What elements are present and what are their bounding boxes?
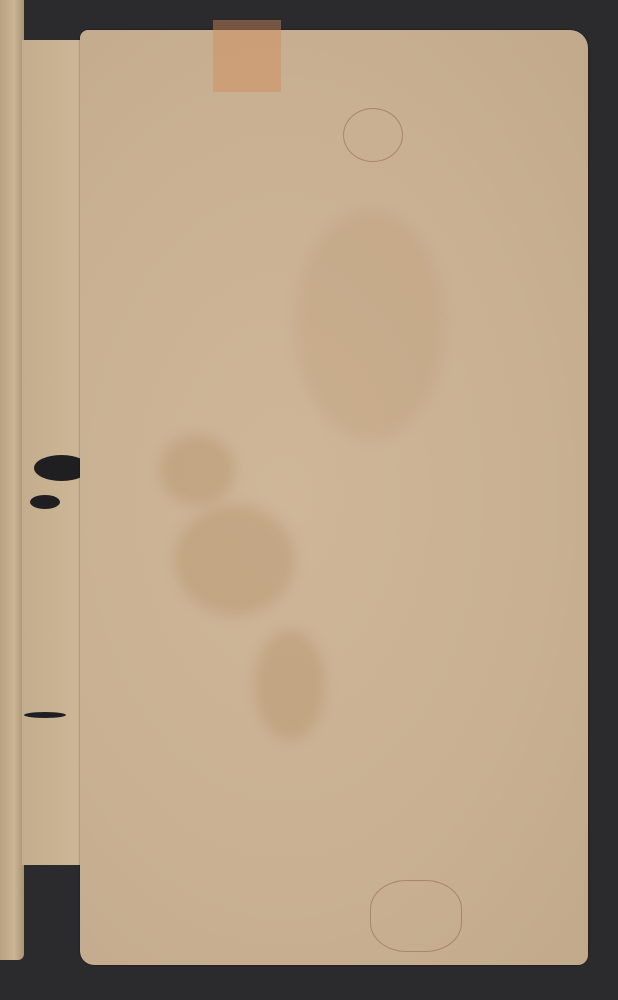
water-stain (295, 210, 445, 440)
binding-edge (0, 0, 24, 960)
water-stain (175, 505, 295, 615)
previous-leaf-edge (22, 40, 85, 865)
paper-leaf (80, 30, 588, 965)
water-stain (160, 435, 235, 505)
stain-ring (370, 880, 462, 952)
torn-hole (24, 712, 66, 718)
torn-hole (30, 495, 60, 509)
stain-ring (343, 108, 403, 162)
library-tab (213, 20, 281, 92)
water-stain (255, 630, 325, 740)
